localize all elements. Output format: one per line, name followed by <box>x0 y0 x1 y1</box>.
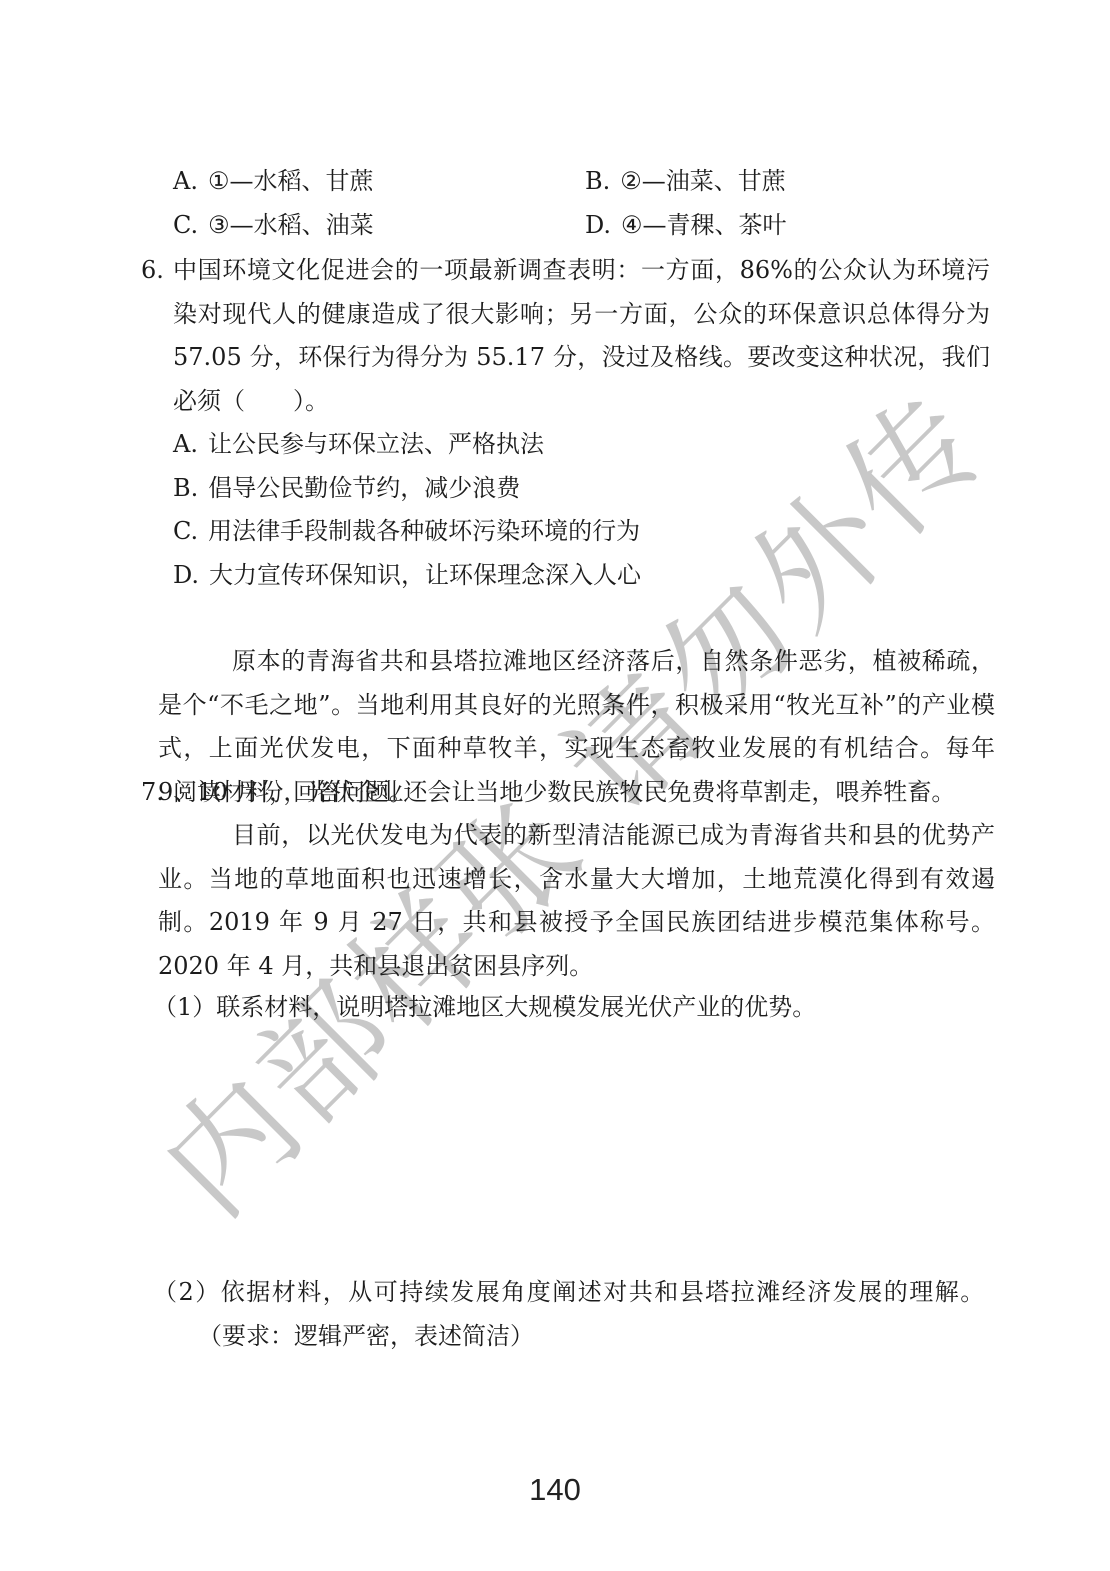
option-c: C.③—水稻、油菜 <box>173 204 585 248</box>
question-6-option-a: A.让公民参与环保立法、严格执法 <box>173 423 1003 467</box>
question-6-option-a-label: A. <box>173 430 198 458</box>
question-6-option-d-text: 大力宣传环保知识，让环保理念深入人心 <box>209 561 641 589</box>
option-d: D.④—青稞、茶叶 <box>585 204 1003 248</box>
question-6-option-c: C.用法律手段制裁各种破坏污染环境的行为 <box>173 510 1003 554</box>
page-number: 140 <box>0 1472 1110 1508</box>
question-6-option-a-text: 让公民参与环保立法、严格执法 <box>208 430 544 458</box>
material-paragraph-1: 原本的青海省共和县塔拉滩地区经济落后，自然条件恶劣，植被稀疏，是个“不毛之地”。… <box>158 640 995 814</box>
option-a-label: A. <box>173 167 198 195</box>
question-6-option-b-text: 倡导公民勤俭节约，减少浪费 <box>208 474 520 502</box>
option-c-text: ③—水稻、油菜 <box>208 211 374 239</box>
option-a: A.①—水稻、甘蔗 <box>173 160 585 204</box>
question-6-option-b: B.倡导公民勤俭节约，减少浪费 <box>173 467 1003 511</box>
option-b-label: B. <box>585 167 610 195</box>
option-d-text: ④—青稞、茶叶 <box>621 211 787 239</box>
option-b: B.②—油菜、甘蔗 <box>585 160 1003 204</box>
question-6-option-c-label: C. <box>173 517 198 545</box>
sub-question-2-requirement: （要求：逻辑严密，表述简洁） <box>198 1315 898 1359</box>
option-a-text: ①—水稻、甘蔗 <box>208 167 374 195</box>
question-6-option-b-label: B. <box>173 474 198 502</box>
sub-question-1: （1）联系材料，说明塔拉滩地区大规模发展光伏产业的优势。 <box>153 986 1003 1030</box>
question-6: 6. 中国环境文化促进会的一项最新调查表明：一方面，86%的公众认为环境污染对现… <box>173 249 990 423</box>
option-c-label: C. <box>173 211 198 239</box>
option-d-label: D. <box>585 211 611 239</box>
option-b-text: ②—油菜、甘蔗 <box>620 167 786 195</box>
material-paragraph-2: 目前，以光伏发电为代表的新型清洁能源已成为青海省共和县的优势产业。当地的草地面积… <box>158 814 995 988</box>
exam-page: A.①—水稻、甘蔗 B.②—油菜、甘蔗 C.③—水稻、油菜 D.④—青稞、茶叶 … <box>0 0 1110 1571</box>
question-6-options: A.让公民参与环保立法、严格执法 B.倡导公民勤俭节约，减少浪费 C.用法律手段… <box>173 423 1003 597</box>
sub-question-2: （2）依据材料，从可持续发展角度阐述对共和县塔拉滩经济发展的理解。 <box>153 1271 1013 1315</box>
question-6-number: 6. <box>141 249 164 293</box>
question-6-stem: 中国环境文化促进会的一项最新调查表明：一方面，86%的公众认为环境污染对现代人的… <box>173 249 990 423</box>
question-6-option-c-text: 用法律手段制裁各种破坏污染环境的行为 <box>208 517 640 545</box>
question-6-option-d: D.大力宣传环保知识，让环保理念深入人心 <box>173 554 1003 598</box>
question-6-option-d-label: D. <box>173 561 199 589</box>
previous-question-options: A.①—水稻、甘蔗 B.②—油菜、甘蔗 C.③—水稻、油菜 D.④—青稞、茶叶 <box>173 160 1003 247</box>
